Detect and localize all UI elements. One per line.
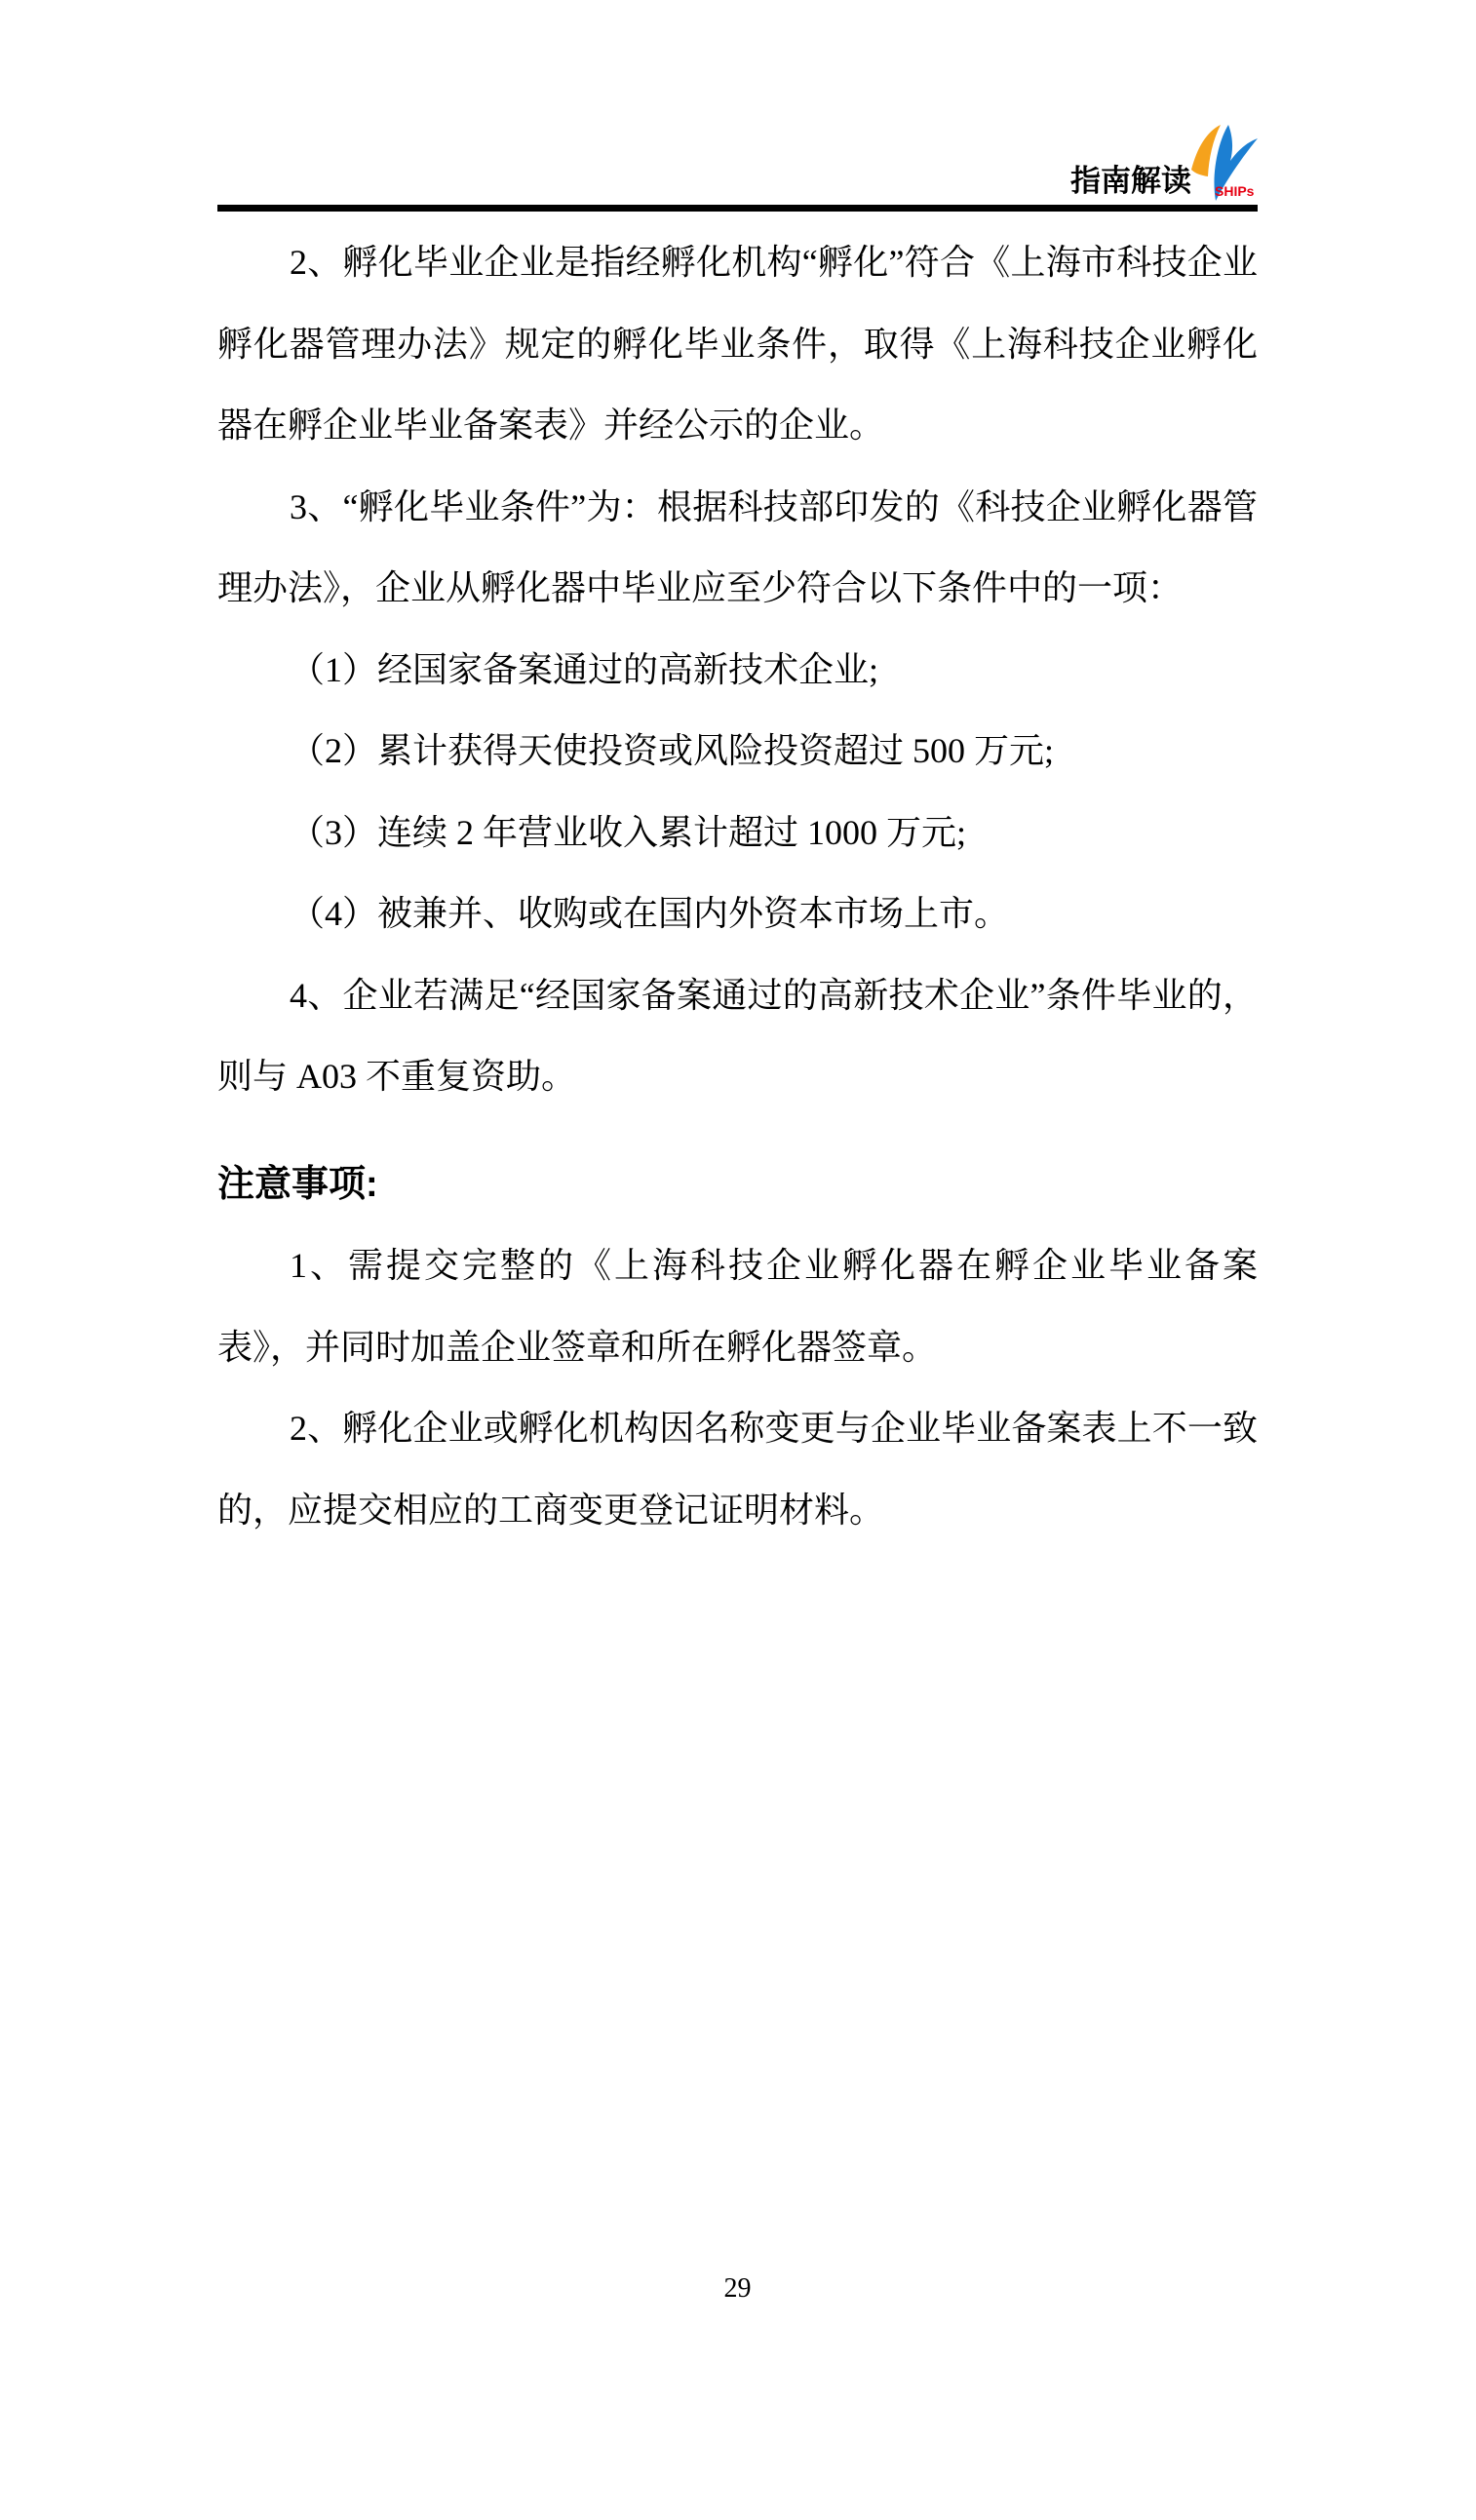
- header-rule: [217, 205, 1258, 212]
- paragraph-line: 则与 A03 不重复资助。: [217, 1036, 1258, 1118]
- paragraph-line: 孵化器管理办法》规定的孵化毕业条件，取得《上海科技企业孵化: [217, 304, 1258, 386]
- page-number: 29: [217, 2269, 1258, 2308]
- paragraph-line: 3、“孵化毕业条件”为：根据科技部印发的《科技企业孵化器管: [217, 467, 1258, 549]
- paragraph-line: 1、需提交完整的《上海科技企业孵化器在孵企业毕业备案: [217, 1225, 1258, 1307]
- ships-logo-text: SHIPs: [1215, 184, 1254, 199]
- paragraph-line: 2、孵化毕业企业是指经孵化机构“孵化”符合《上海市科技企业: [217, 222, 1258, 304]
- list-item-line: （1）经国家备案通过的高新技术企业;: [217, 630, 1258, 712]
- ships-logo-icon: SHIPs: [1191, 125, 1260, 201]
- list-item-line: （2）累计获得天使投资或风险投资超过 500 万元;: [217, 711, 1258, 793]
- paragraph-line: 的，应提交相应的工商变更登记证明材料。: [217, 1470, 1258, 1552]
- paragraph-line: 理办法》，企业从孵化器中毕业应至少符合以下条件中的一项：: [217, 548, 1258, 630]
- paragraph-line: 2、孵化企业或孵化机构因名称变更与企业毕业备案表上不一致: [217, 1388, 1258, 1470]
- document-page: 指南解读 SHIPs 2、孵化毕业企业是指经孵化机构“孵化”符合《上海市科技企业…: [0, 0, 1476, 2520]
- notice-heading: 注意事项:: [217, 1144, 1258, 1226]
- paragraph-line: 表》，并同时加盖企业签章和所在孵化器签章。: [217, 1307, 1258, 1389]
- header-brand-text: 指南解读: [1070, 164, 1191, 199]
- page-header: 指南解读 SHIPs: [0, 0, 1476, 214]
- document-body: 2、孵化毕业企业是指经孵化机构“孵化”符合《上海市科技企业 孵化器管理办法》规定…: [217, 222, 1258, 1551]
- list-item-line: （4）被兼并、收购或在国内外资本市场上市。: [217, 873, 1258, 955]
- paragraph-line: 器在孵企业毕业备案表》并经公示的企业。: [217, 385, 1258, 467]
- paragraph-line: 4、企业若满足“经国家备案通过的高新技术企业”条件毕业的，: [217, 955, 1258, 1037]
- list-item-line: （3）连续 2 年营业收入累计超过 1000 万元;: [217, 793, 1258, 874]
